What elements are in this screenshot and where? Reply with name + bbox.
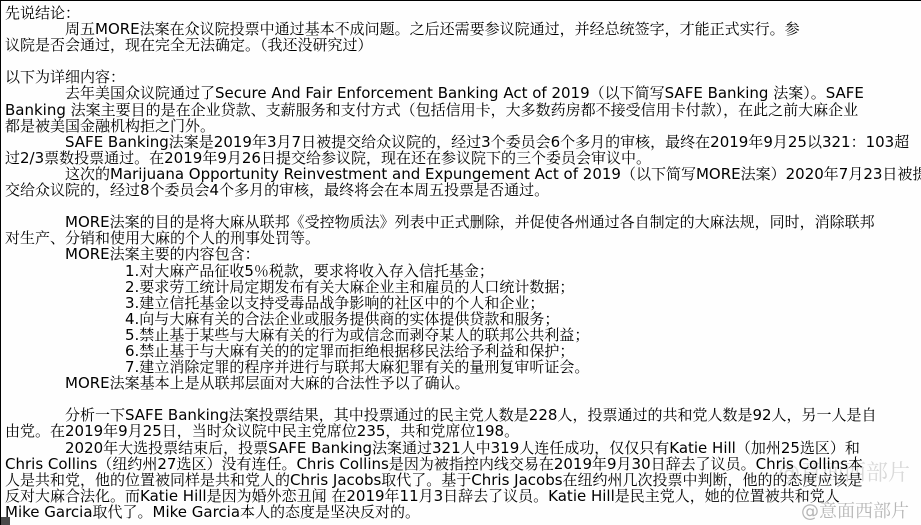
- text-line: SAFE Banking法案是2019年3月7日被提交给众议院的，经过3个委员会…: [5, 134, 919, 150]
- text-line: 2020年大选投票结束后，投票SAFE Banking法案通过321人中319人…: [5, 440, 919, 456]
- text-line: [5, 391, 919, 407]
- text-line: 过2/3票数投票通过。在2019年9月26日提交给参议院，现在还在参议院下的三个…: [5, 150, 919, 166]
- text-line: 2.要求劳工统计局定期发布有关大麻企业主和雇员的人口统计数据；: [5, 279, 919, 295]
- text-line: MORE法案基本上是从联邦层面对大麻的合法性予以了确认。: [5, 375, 919, 391]
- document-page: @意面西部片 先说结论： 周五MORE法案在众议院投票中通过基本不成问题。之后还…: [0, 0, 921, 525]
- text-line: [5, 53, 919, 69]
- text-line: 这次的Marijuana Opportunity Reinvestment an…: [5, 166, 919, 182]
- text-line: MORE法案的目的是将大麻从联邦《受控物质法》列表中正式删除，并促使各州通过各自…: [5, 214, 919, 230]
- text-line: 由党。在2019年9月25日，当时众议院中民主党席位235，共和党席位198。: [5, 423, 919, 439]
- text-line: 交给众议院的，经过8个委员会4个多月的审核，最终将会在本周五投票是否通过。: [5, 182, 919, 198]
- article-text: 先说结论： 周五MORE法案在众议院投票中通过基本不成问题。之后还需要参议院通过…: [1, 1, 921, 520]
- text-line: Banking 法案主要目的是在企业贷款、支薪服务和支付方式（包括信用卡，大多数…: [5, 102, 919, 118]
- text-line: [5, 198, 919, 214]
- text-line: 1.对大麻产品征收5％税款，要求将收入存入信托基金；: [5, 263, 919, 279]
- text-line: 分析一下SAFE Banking法案投票结果，其中投票通过的民主党人数是228人…: [5, 407, 919, 423]
- text-line: 周五MORE法案在众议院投票中通过基本不成问题。之后还需要参议院通过，并经总统签…: [5, 21, 919, 37]
- text-line: Chris Collins（纽约州27选区）没有连任。Chris Collins…: [5, 456, 919, 472]
- text-line: MORE法案主要的内容包含：: [5, 246, 919, 262]
- text-line: 先说结论：: [5, 5, 919, 21]
- text-line: Mike Garcia取代了。Mike Garcia本人的态度是坚决反对的。: [5, 504, 919, 520]
- text-line: 对生产、分销和使用大麻的个人的刑事处罚等。: [5, 230, 919, 246]
- text-line: 5.禁止基于某些与大麻有关的行为或信念而剥夺某人的联邦公共利益；: [5, 327, 919, 343]
- text-line: 去年美国众议院通过了Secure And Fair Enforcement Ba…: [5, 85, 919, 101]
- text-line: 以下为详细内容：: [5, 69, 919, 85]
- text-line: 4.向与大麻有关的合法企业或服务提供商的实体提供贷款和服务；: [5, 311, 919, 327]
- text-line: 人是共和党，他的位置被同样是共和党人的Chris Jacobs取代了。基于Chr…: [5, 472, 919, 488]
- scrollbar-corner: [1, 517, 10, 525]
- text-line: 反对大麻合法化。而Katie Hill是因为婚外恋丑闻 在2019年11月3日辞…: [5, 488, 919, 504]
- text-line: 都是被美国金融机构拒之门外。: [5, 118, 919, 134]
- text-line: 7.建立消除定罪的程序并进行与联邦大麻犯罪有关的量刑复审听证会。: [5, 359, 919, 375]
- text-line: 3.建立信托基金以支持受毒品战争影响的社区中的个人和企业；: [5, 295, 919, 311]
- text-line: 议院是否会通过，现在完全无法确定。（我还没研究过）: [5, 37, 919, 53]
- text-line: 6.禁止基于与大麻有关的的定罪而拒绝根据移民法给予利益和保护；: [5, 343, 919, 359]
